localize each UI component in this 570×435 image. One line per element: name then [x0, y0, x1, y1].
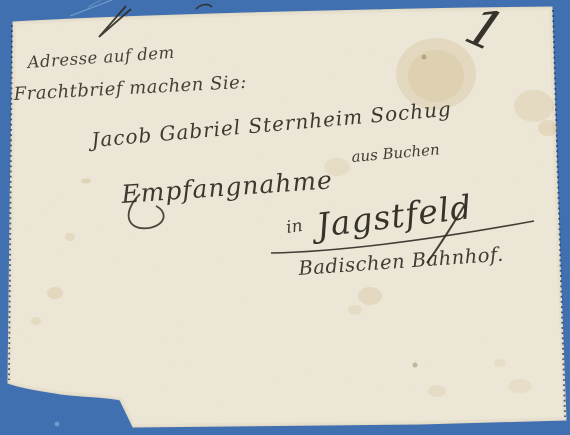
stain — [408, 50, 464, 102]
stain — [81, 179, 91, 184]
stain — [358, 287, 382, 305]
stain — [65, 233, 75, 241]
stain — [31, 317, 41, 325]
stain — [428, 385, 446, 397]
stain — [514, 90, 554, 122]
stain — [47, 287, 63, 299]
stain — [538, 120, 558, 136]
stain — [508, 379, 532, 393]
stain — [348, 305, 362, 315]
dark-speck — [413, 363, 418, 368]
background-speck — [55, 422, 60, 427]
document-scan: Adresse auf dem Frachtbrief machen Sie: … — [0, 0, 570, 435]
handwriting-word-in: in — [285, 216, 304, 238]
scan-of-handwritten-card: Adresse auf dem Frachtbrief machen Sie: … — [0, 0, 570, 435]
stain — [494, 359, 506, 367]
dark-speck — [422, 55, 427, 60]
